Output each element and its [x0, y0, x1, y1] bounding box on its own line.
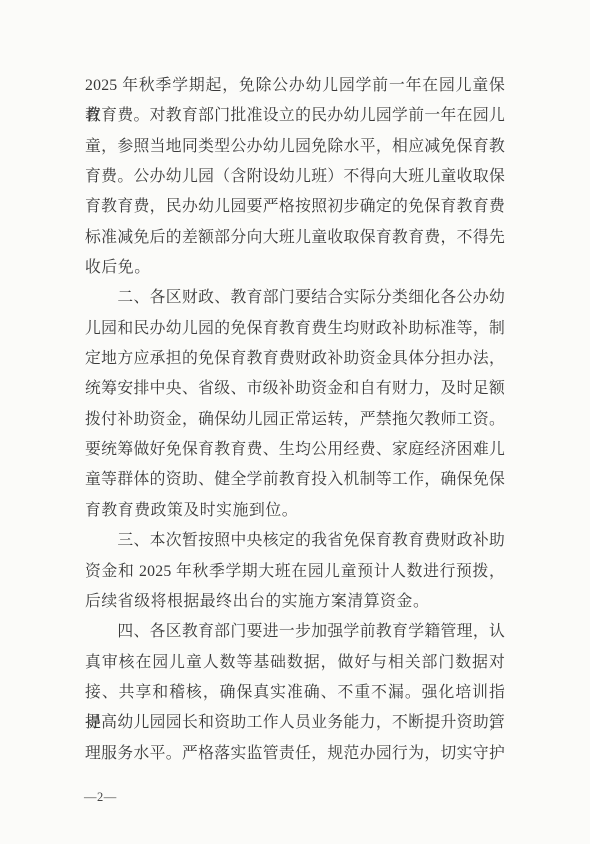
- document-line: 真审核在园儿童人数等基础数据，做好与相关部门数据对: [85, 648, 505, 678]
- document-line: 育费。公办幼儿园（含附设幼儿班）不得向大班儿童收取保: [85, 162, 505, 192]
- document-line: 拨付补助资金，确保幼儿园正常运转，严禁拖欠教师工资。: [85, 405, 505, 435]
- document-line: 接、共享和稽核，确保真实准确、不重不漏。强化培训指导，: [85, 678, 505, 708]
- document-line: 育教育费，民办幼儿园要严格按照初步确定的免保育教育费: [85, 192, 505, 222]
- document-page: 2025 年秋季学期起，免除公办幼儿园学前一年在园儿童保育教育费。对教育部门批准…: [0, 0, 590, 844]
- document-line: 标准减免后的差额部分向大班儿童收取保育教育费，不得先: [85, 223, 505, 253]
- document-line: 后续省级将根据最终出台的实施方案清算资金。: [85, 587, 505, 617]
- document-line: 收后免。: [85, 253, 505, 283]
- document-line: 四、各区教育部门要进一步加强学前教育学籍管理，认: [85, 617, 505, 647]
- document-line: 儿园和民办幼儿园的免保育教育费生均财政补助标准等，制: [85, 314, 505, 344]
- document-line: 统筹安排中央、省级、市级补助资金和自有财力，及时足额: [85, 374, 505, 404]
- document-line: 要统筹做好免保育教育费、生均公用经费、家庭经济困难儿: [85, 435, 505, 465]
- document-line: 提高幼儿园园长和资助工作人员业务能力，不断提升资助管: [85, 708, 505, 738]
- document-body: 2025 年秋季学期起，免除公办幼儿园学前一年在园儿童保育教育费。对教育部门批准…: [85, 71, 505, 769]
- document-line: 2025 年秋季学期起，免除公办幼儿园学前一年在园儿童保育: [85, 71, 505, 101]
- document-line: 教育费。对教育部门批准设立的民办幼儿园学前一年在园儿: [85, 101, 505, 131]
- document-line: 资金和 2025 年秋季学期大班在园儿童预计人数进行预拨，: [85, 557, 505, 587]
- document-line: 二、各区财政、教育部门要结合实际分类细化各公办幼: [85, 283, 505, 313]
- document-line: 定地方应承担的免保育教育费财政补助资金具体分担办法，: [85, 344, 505, 374]
- document-line: 童等群体的资助、健全学前教育投入机制等工作，确保免保: [85, 465, 505, 495]
- document-line: 童，参照当地同类型公办幼儿园免除水平，相应减免保育教: [85, 132, 505, 162]
- document-line: 三、本次暂按照中央核定的我省免保育教育费财政补助: [85, 526, 505, 556]
- page-number: —2—: [84, 789, 117, 805]
- document-line: 育教育费政策及时实施到位。: [85, 496, 505, 526]
- document-line: 理服务水平。严格落实监管责任，规范办园行为，切实守护: [85, 739, 505, 769]
